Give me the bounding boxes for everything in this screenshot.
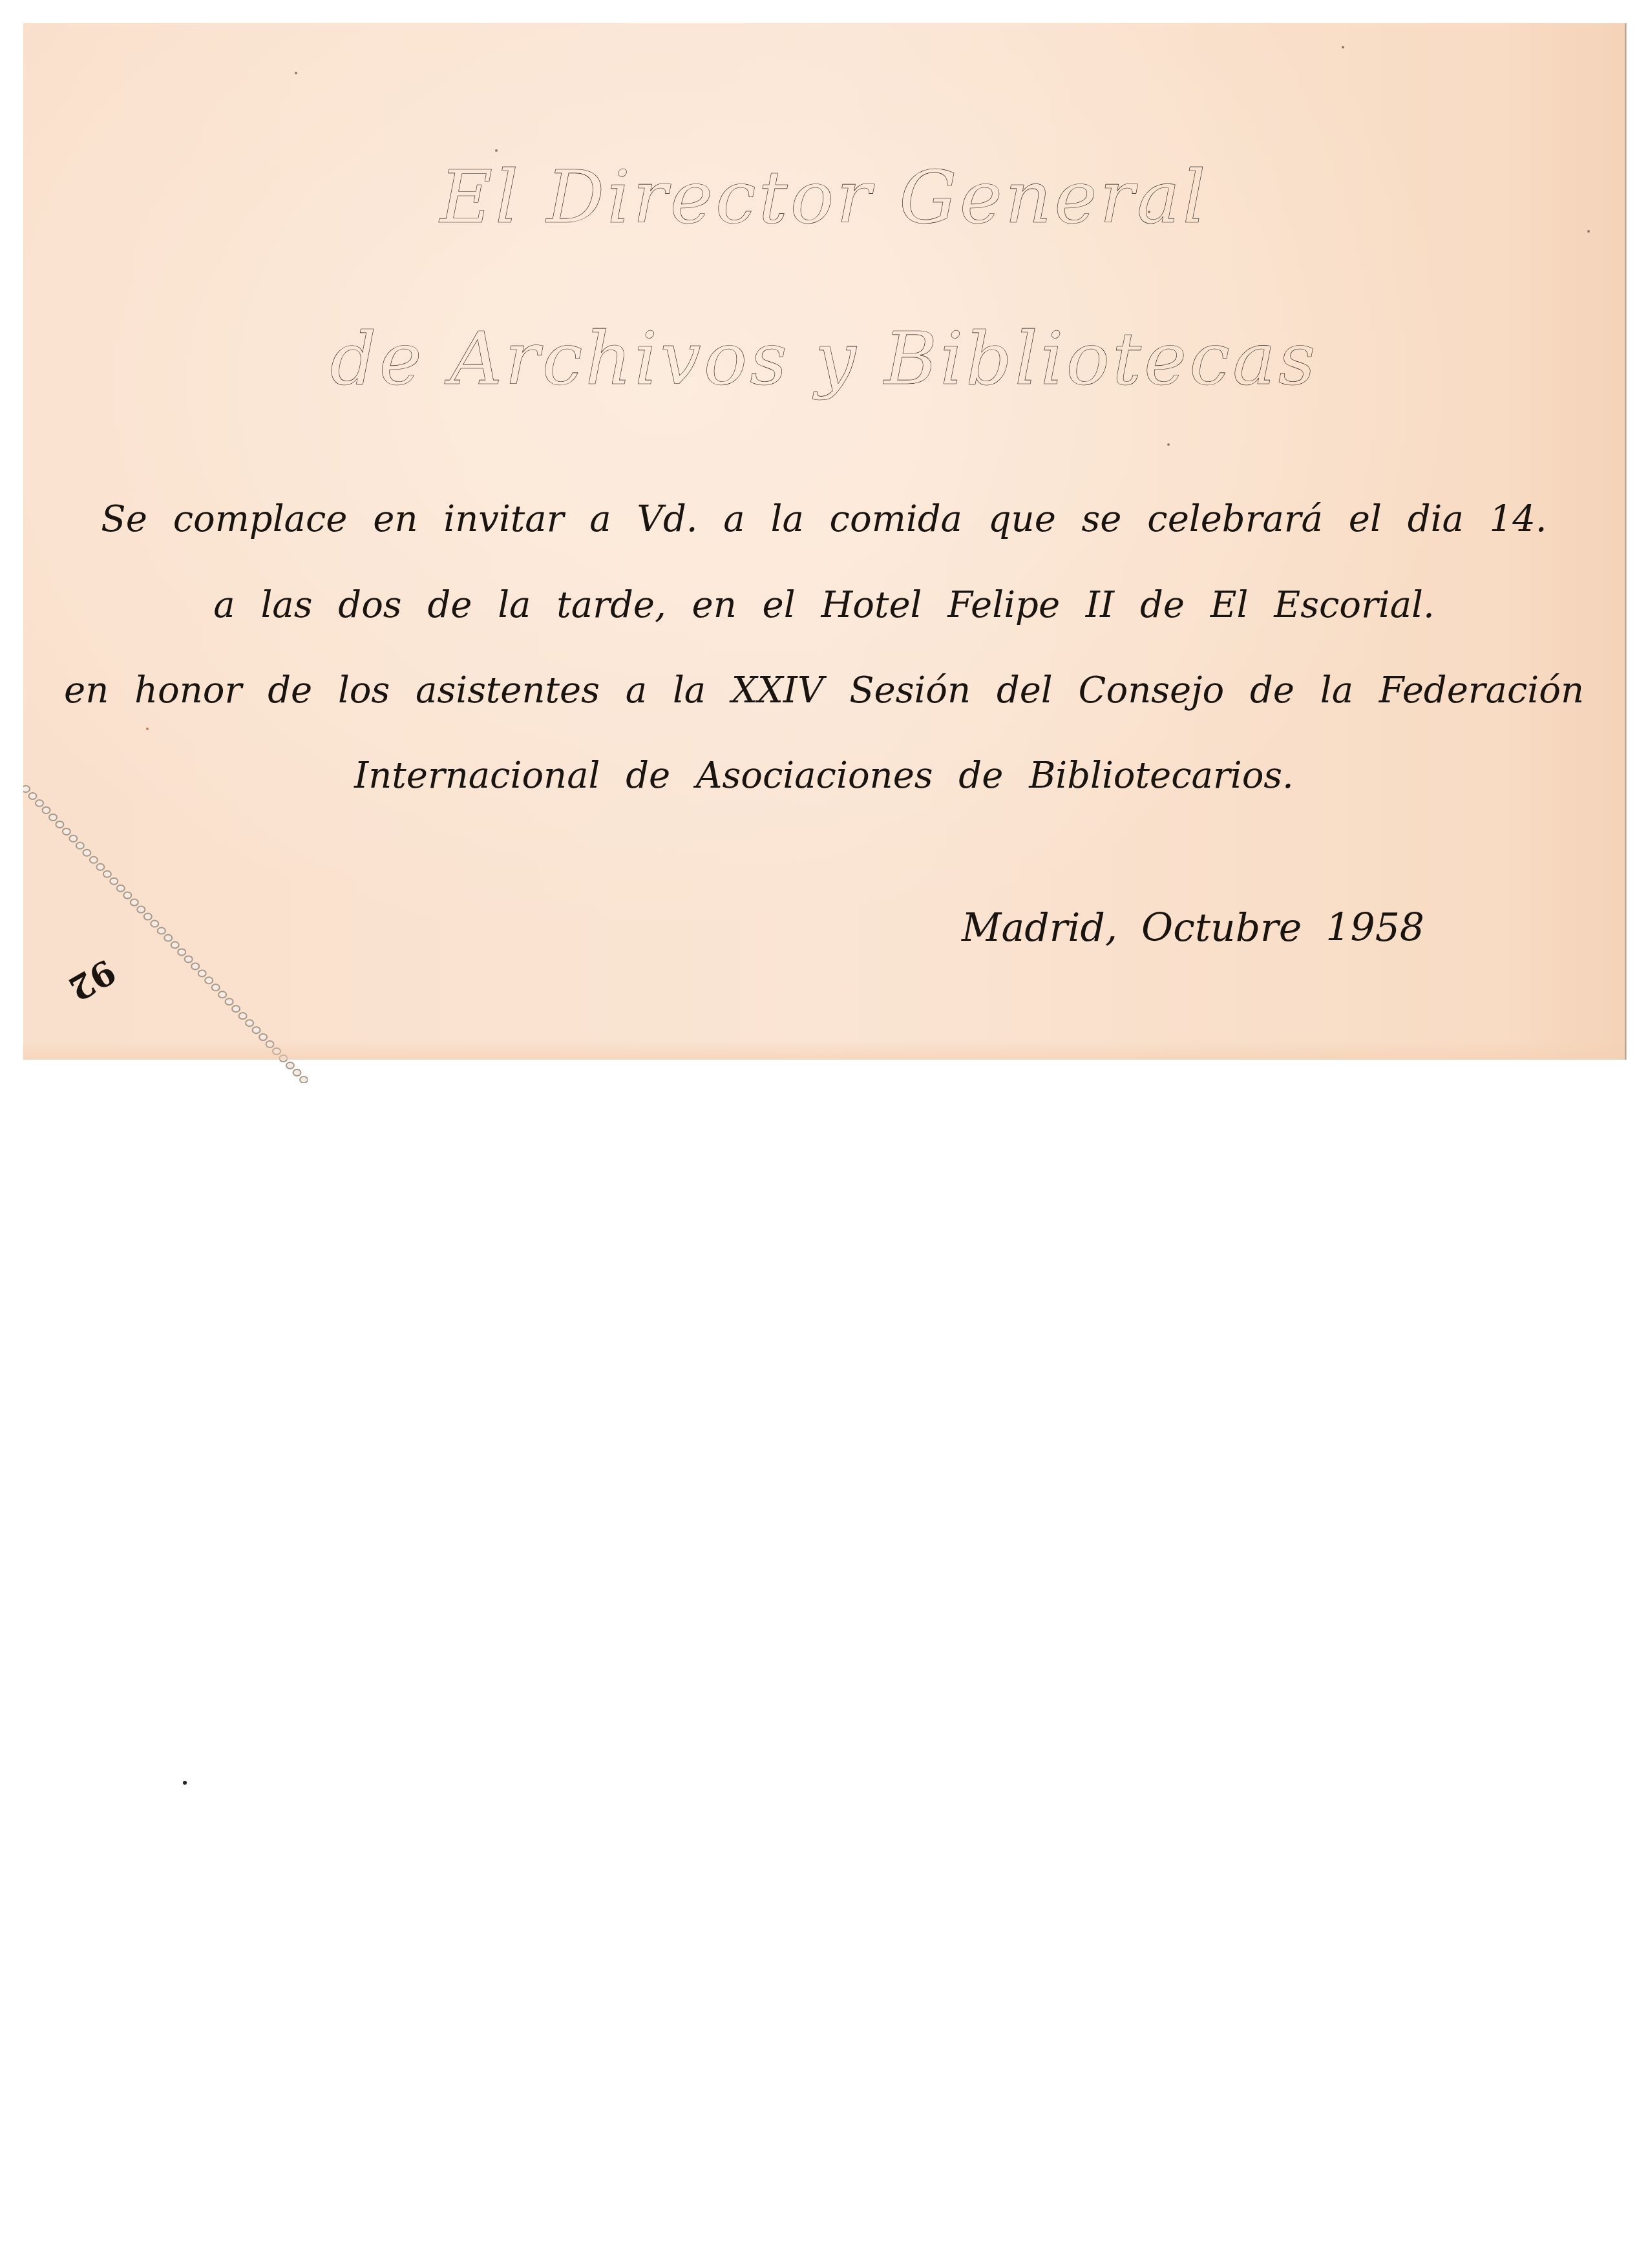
blank-page-area: [0, 1060, 1648, 2268]
body-line-4: Internacional de Asociaciones de Bibliot…: [23, 755, 1625, 797]
stray-mark: [183, 1781, 187, 1785]
heading-line-1: El Director General: [23, 156, 1625, 240]
body-line-2: a las dos de la tarde, en el Hotel Felip…: [23, 584, 1625, 626]
body-line-3: en honor de los asistentes a la XXIV Ses…: [23, 669, 1625, 711]
body-line-1: Se complace en invitar a Vd. a la comida…: [23, 498, 1625, 540]
page-number: 92: [62, 951, 122, 1009]
invitation-card: El Director General de Archivos y Biblio…: [23, 23, 1625, 1060]
perforation-line: [23, 776, 308, 1083]
heading-line-2: de Archivos y Bibliotecas: [23, 317, 1625, 401]
place-date-signature: Madrid, Octubre 1958: [962, 905, 1424, 950]
